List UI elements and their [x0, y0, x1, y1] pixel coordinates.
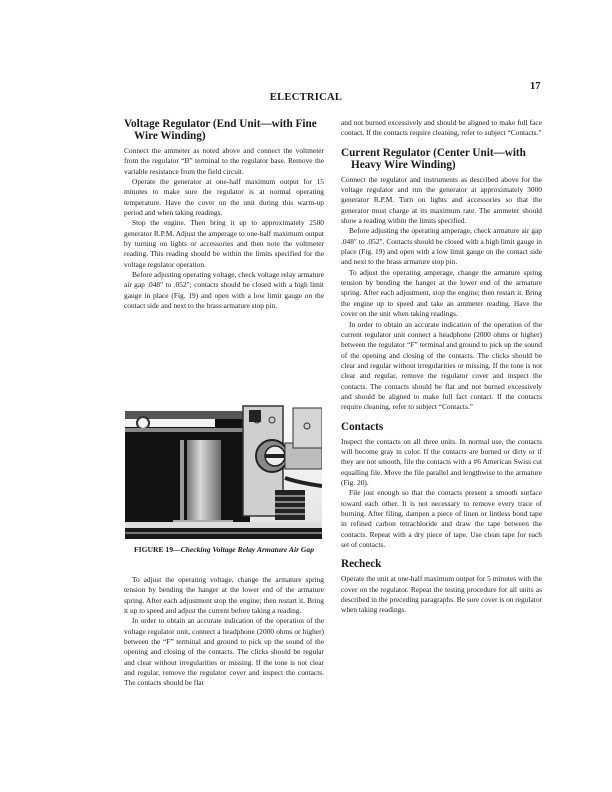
- figure-19-caption: FIGURE 19—Checking Voltage Relay Armatur…: [124, 545, 324, 555]
- paragraph: Inspect the contacts on all three units.…: [341, 437, 542, 489]
- section-heading-current-regulator: Current Regulator (Center Unit—with Heav…: [341, 147, 542, 171]
- paragraph: Operate the generator at one-half maximu…: [124, 177, 324, 218]
- paragraph: and not burned excessively and should be…: [341, 118, 542, 139]
- paragraph: Connect the regulator and instruments as…: [341, 175, 542, 227]
- section-heading-contacts: Contacts: [341, 421, 542, 433]
- paragraph: Connect the ammeter as noted above and c…: [124, 146, 324, 177]
- paragraph: Stop the engine. Then bring it up to app…: [124, 218, 324, 270]
- figure-label: FIGURE 19—: [134, 545, 181, 554]
- paragraph: To adjust the operating amperage, change…: [341, 268, 542, 320]
- paragraph: Operate the unit at one-half maximum out…: [341, 574, 542, 615]
- paragraph: To adjust the operating voltage, change …: [124, 575, 324, 616]
- paragraph: Before adjusting the operating amperage,…: [341, 226, 542, 267]
- figure-19-photo: [125, 398, 322, 539]
- section-heading-recheck: Recheck: [341, 558, 542, 570]
- paragraph: File just enough so that the contacts pr…: [341, 488, 542, 550]
- figure-title: Checking Voltage Relay Armature Air Gap: [181, 545, 314, 554]
- right-column: and not burned excessively and should be…: [341, 118, 542, 616]
- paragraph: In order to obtain an accurate indicatio…: [124, 616, 324, 688]
- left-column: Voltage Regulator (End Unit—with Fine Wi…: [124, 118, 324, 312]
- page-number: 17: [530, 81, 541, 92]
- section-heading-voltage-regulator: Voltage Regulator (End Unit—with Fine Wi…: [124, 118, 324, 142]
- voltage-relay-armature-image: [125, 398, 322, 539]
- running-head: ELECTRICAL: [0, 92, 612, 103]
- paragraph: Before adjusting operating voltage, chec…: [124, 270, 324, 311]
- left-column-continued: To adjust the operating voltage, change …: [124, 575, 324, 689]
- paragraph: In order to obtain an accurate indicatio…: [341, 320, 542, 413]
